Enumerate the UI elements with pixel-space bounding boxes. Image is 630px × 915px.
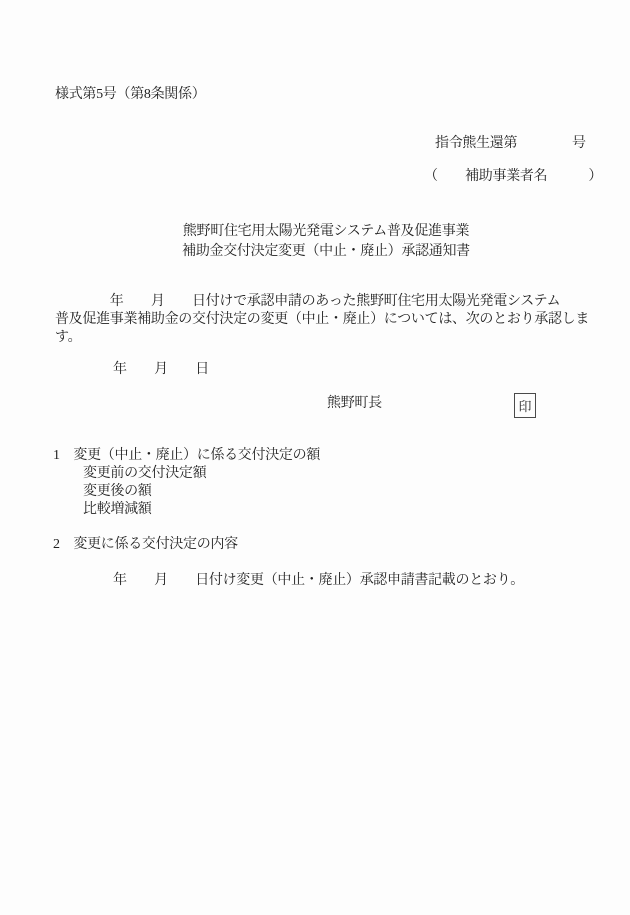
section-1-item-before-amount: 変更前の交付決定額 [83,466,206,481]
seal-box: 印 [514,393,536,418]
form-number: 様式第5号（第8条関係） [55,87,205,102]
body-paragraph-line-3: す。 [55,330,81,345]
addressee-line: （ 補助事業者名 ） [424,169,602,184]
section-2-note: 年 月 日付け変更（中止・廃止）承認申請書記載のとおり。 [55,573,524,588]
section-1-heading: 1 変更（中止・廃止）に係る交付決定の額 [53,448,320,463]
section-2-heading: 2 変更に係る交付決定の内容 [53,537,238,552]
directive-number-line: 指令熊生還第 号 [435,136,586,151]
section-1-item-after-amount: 変更後の額 [83,484,152,499]
document-title-line-2: 補助金交付決定変更（中止・廃止）承認通知書 [22,242,630,262]
section-1-item-difference-amount: 比較増減額 [83,502,152,517]
document-title-line-1: 熊野町住宅用太陽光発電システム普及促進事業 [22,222,630,242]
document-title: 熊野町住宅用太陽光発電システム普及促進事業 補助金交付決定変更（中止・廃止）承認… [0,222,630,262]
seal-character: 印 [518,396,531,415]
body-paragraph-line-2: 普及促進事業補助金の交付決定の変更（中止・廃止）については、次のとおり承認しま [55,312,589,327]
mayor-signature: 熊野町長 [327,396,382,411]
body-paragraph-line-1: 年 月 日付けで承認申請のあった熊野町住宅用太陽光発電システム [55,294,560,309]
blank-date-line: 年 月 日 [55,362,209,377]
document-page: 様式第5号（第8条関係） 指令熊生還第 号 （ 補助事業者名 ） 熊野町住宅用太… [0,0,630,915]
